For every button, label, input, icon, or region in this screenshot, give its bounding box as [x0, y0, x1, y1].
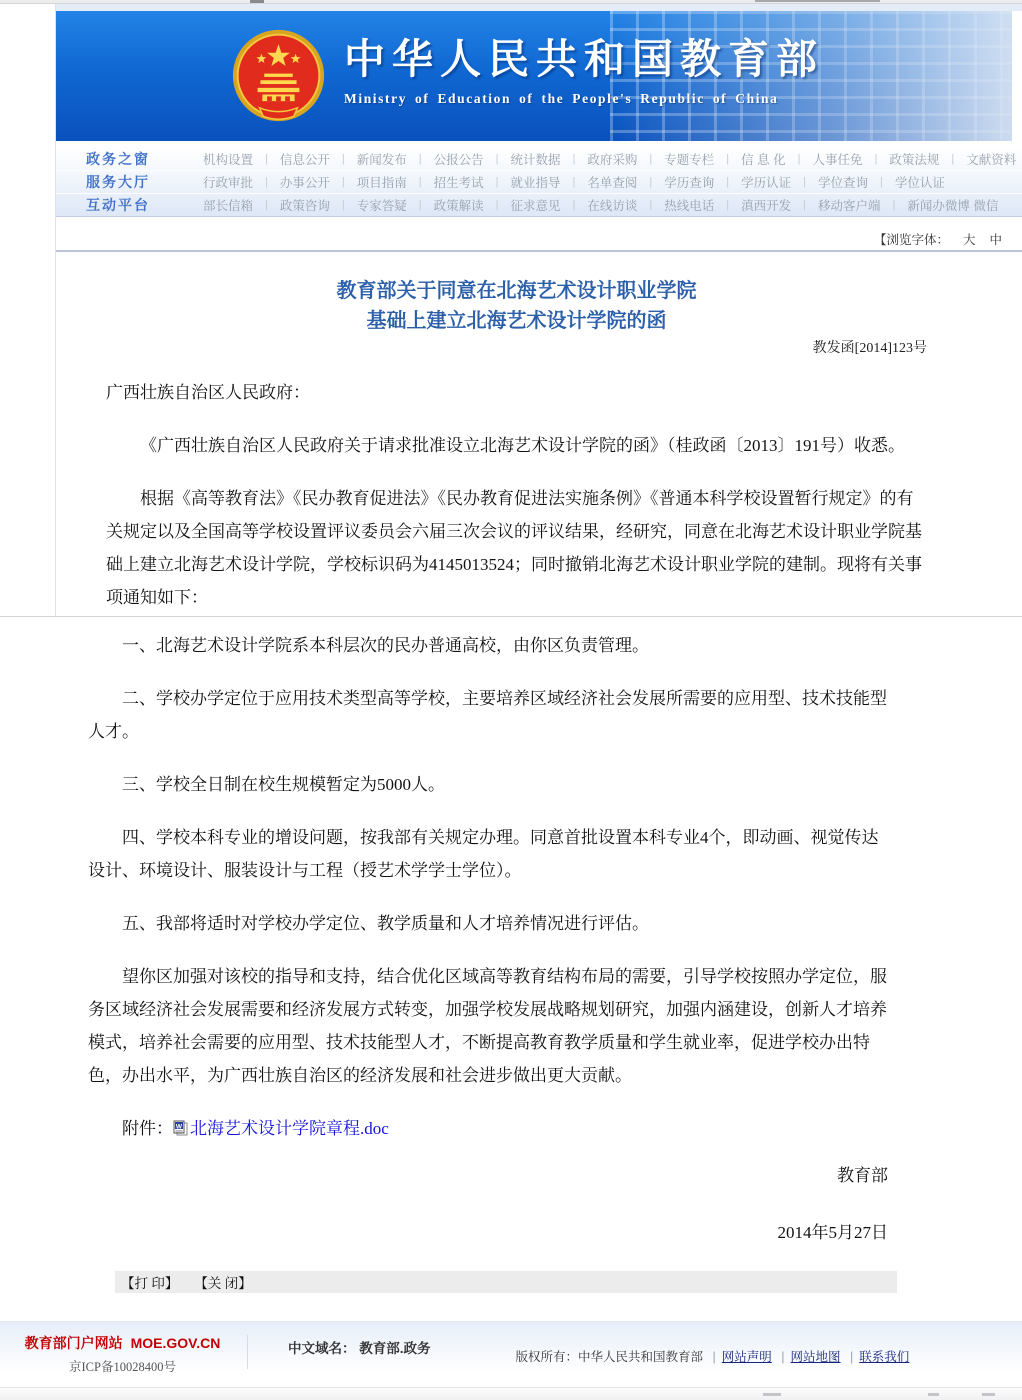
- separator: |: [803, 199, 806, 211]
- nav-row-interaction: 互动平台 部长信箱|政策咨询|专家答疑|政策解读|征求意见|在线访谈|热线电话|…: [56, 193, 1022, 216]
- separator: |: [342, 199, 345, 211]
- print-close-bar: 【打 印】 【关 闭】: [115, 1271, 897, 1293]
- document-signature: 教育部: [88, 1159, 888, 1192]
- separator: |: [726, 199, 729, 211]
- document-paragraphs-top: 《广西壮族自治区人民政府关于请求批准设立北海艺术设计学院的函》（桂政函〔2013…: [106, 429, 927, 614]
- footer-site-name: 教育部门户网站: [25, 1335, 123, 1351]
- separator: |: [573, 176, 576, 188]
- footer-icp-number: 京ICP备10028400号: [0, 1357, 245, 1375]
- font-size-bar: 【浏览字体： 大 中: [56, 228, 1022, 250]
- bottom-strip-mark: [982, 1393, 995, 1396]
- separator: |: [496, 176, 499, 188]
- nav-link[interactable]: 学历认证: [741, 173, 791, 191]
- footer-cn-domain: 中文域名： 教育部.政务: [288, 1337, 431, 1357]
- nav-link[interactable]: 移动客户端: [818, 196, 881, 214]
- separator: |: [874, 153, 877, 165]
- separator: |: [419, 176, 422, 188]
- nav-link[interactable]: 人事任免: [812, 150, 862, 168]
- site-banner: 中华人民共和国教育部 Ministry of Education of the …: [56, 11, 1012, 141]
- horizontal-scrollbar-thumb[interactable]: [755, 0, 880, 2]
- document-lower-section: 一、北海艺术设计学院系本科层次的民办普通高校，由你区负责管理。二、学校办学定位于…: [0, 617, 1022, 1249]
- nav-link[interactable]: 名单查阅: [587, 173, 637, 191]
- separator: |: [803, 176, 806, 188]
- document-title-line1: 教育部关于同意在北海艺术设计职业学院: [106, 276, 927, 306]
- nav-row-service: 服务大厅 行政审批|办事公开|项目指南|招生考试|就业指导|名单查阅|学历查询|…: [56, 170, 1022, 193]
- footer-link-sitemap[interactable]: 网站地图: [791, 1350, 841, 1364]
- separator: |: [726, 176, 729, 188]
- document-paragraphs-bottom: 一、北海艺术设计学院系本科层次的民办普通高校，由你区负责管理。二、学校办学定位于…: [88, 629, 888, 1092]
- separator: |: [573, 199, 576, 211]
- page: 中华人民共和国教育部 Ministry of Education of the …: [0, 0, 1022, 1400]
- nav-link[interactable]: 热线电话: [664, 196, 714, 214]
- china-national-emblem-icon: [231, 28, 326, 123]
- document-paragraph: 二、学校办学定位于应用技术类型高等学校，主要培养区域经济社会发展所需要的应用型、…: [88, 682, 888, 748]
- nav-category-fuwu[interactable]: 服务大厅: [86, 172, 191, 192]
- attachment-link[interactable]: 北海艺术设计学院章程.doc: [190, 1119, 389, 1138]
- word-doc-icon: W: [173, 1120, 189, 1137]
- nav-link[interactable]: 学位认证: [895, 173, 945, 191]
- document-salutation: 广西壮族自治区人民政府：: [106, 376, 927, 409]
- document-paragraph: 一、北海艺术设计学院系本科层次的民办普通高校，由你区负责管理。: [88, 629, 888, 662]
- nav-link[interactable]: 政策咨询: [280, 196, 330, 214]
- scrollbar-tick: [250, 0, 264, 3]
- nav-link[interactable]: 政策法规: [889, 150, 939, 168]
- document-paragraph: 五、我部将适时对学校办学定位、教学质量和人才培养情况进行评估。: [88, 907, 888, 940]
- print-button[interactable]: 【打 印】: [121, 1272, 178, 1292]
- nav-link[interactable]: 公报公告: [434, 150, 484, 168]
- footer-separator: |: [781, 1350, 784, 1364]
- nav-link[interactable]: 办事公开: [280, 173, 330, 191]
- nav-row-government: 政务之窗 机构设置|信息公开|新闻发布|公报公告|统计数据|政府采购|专题专栏|…: [56, 147, 1022, 170]
- close-button[interactable]: 【关 闭】: [194, 1272, 251, 1292]
- document-number: 教发函[2014]123号: [106, 338, 927, 360]
- nav-items-row2: 行政审批|办事公开|项目指南|招生考试|就业指导|名单查阅|学历查询|学历认证|…: [191, 173, 957, 191]
- nav-items-row1: 机构设置|信息公开|新闻发布|公报公告|统计数据|政府采购|专题专栏|信 息 化…: [191, 150, 1022, 168]
- separator: |: [649, 153, 652, 165]
- nav-link[interactable]: 行政审批: [203, 173, 253, 191]
- nav-link[interactable]: 信 息 化: [741, 150, 785, 168]
- attachment-line: 附件： W 北海艺术设计学院章程.doc: [88, 1112, 888, 1145]
- document-upper-section: 教育部关于同意在北海艺术设计职业学院 基础上建立北海艺术设计学院的函 教发函[2…: [56, 252, 1022, 616]
- footer-separator: |: [850, 1350, 853, 1364]
- separator: |: [893, 199, 896, 211]
- footer-copyright: 版权所有：中华人民共和国教育部: [516, 1350, 704, 1364]
- footer-site-block: 教育部门户网站MOE.GOV.CN 京ICP备10028400号: [0, 1333, 245, 1375]
- separator: |: [265, 199, 268, 211]
- nav-link[interactable]: 信息公开: [280, 150, 330, 168]
- nav-link[interactable]: 新闻办微博 微信: [907, 196, 998, 214]
- footer-site-domain[interactable]: MOE.GOV.CN: [131, 1335, 221, 1351]
- document-paragraph: 四、学校本科专业的增设问题，按我部有关规定办理。同意首批设置本科专业4个，即动画…: [88, 821, 888, 887]
- nav-link[interactable]: 专题专栏: [664, 150, 714, 168]
- nav-link[interactable]: 机构设置: [203, 150, 253, 168]
- nav-link[interactable]: 政策解读: [434, 196, 484, 214]
- document-date: 2014年5月27日: [88, 1216, 888, 1249]
- nav-link[interactable]: 招生考试: [434, 173, 484, 191]
- page-footer: 教育部门户网站MOE.GOV.CN 京ICP备10028400号 中文域名： 教…: [0, 1321, 1022, 1385]
- svg-text:W: W: [176, 1124, 183, 1131]
- document-paragraph: 望你区加强对该校的指导和支持，结合优化区域高等教育结构布局的需要，引导学校按照办…: [88, 960, 888, 1092]
- main-navigation: 政务之窗 机构设置|信息公开|新闻发布|公报公告|统计数据|政府采购|专题专栏|…: [56, 147, 1022, 217]
- nav-category-zhengwu[interactable]: 政务之窗: [86, 149, 191, 169]
- footer-link-statement[interactable]: 网站声明: [722, 1350, 772, 1364]
- font-size-medium-button[interactable]: 中: [989, 230, 1002, 248]
- spacer: [56, 217, 1022, 228]
- banner-top-edge: [56, 4, 1022, 11]
- document-paragraph: 三、学校全日制在校生规模暂定为5000人。: [88, 768, 888, 801]
- separator: |: [265, 153, 268, 165]
- document-title-line2: 基础上建立北海艺术设计学院的函: [106, 306, 927, 336]
- bottom-strip-mark: [763, 1393, 781, 1396]
- bottom-strip-mark: [928, 1393, 939, 1396]
- separator: |: [496, 153, 499, 165]
- footer-separator: |: [713, 1350, 716, 1364]
- page-top-section: 中华人民共和国教育部 Ministry of Education of the …: [55, 4, 1022, 616]
- footer-copyright-block: 版权所有：中华人民共和国教育部 |网站声明 |网站地图 |联系我们: [516, 1347, 910, 1365]
- footer-cn-domain-label: 中文域名：: [288, 1341, 356, 1356]
- nav-link[interactable]: 新闻发布: [357, 150, 407, 168]
- font-size-large-button[interactable]: 大: [963, 230, 976, 248]
- nav-link[interactable]: 项目指南: [357, 173, 407, 191]
- nav-link[interactable]: 在线访谈: [587, 196, 637, 214]
- footer-cn-domain-value: 教育部.政务: [359, 1341, 430, 1356]
- nav-items-row3: 部长信箱|政策咨询|专家答疑|政策解读|征求意见|在线访谈|热线电话|滇西开发|…: [191, 196, 1010, 214]
- site-title: 中华人民共和国教育部: [344, 35, 824, 83]
- separator: |: [573, 153, 576, 165]
- attachment-label: 附件：: [122, 1119, 173, 1138]
- document-paragraph: 《广西壮族自治区人民政府关于请求批准设立北海艺术设计学院的函》（桂政函〔2013…: [106, 429, 927, 462]
- document-paragraph: 根据《高等教育法》《民办教育促进法》《民办教育促进法实施条例》《普通本科学校设置…: [106, 482, 927, 614]
- separator: |: [726, 153, 729, 165]
- separator: |: [265, 176, 268, 188]
- browser-bottom-strip: [0, 1387, 1022, 1400]
- nav-link[interactable]: 政府采购: [587, 150, 637, 168]
- site-subtitle: Ministry of Education of the People's Re…: [344, 91, 824, 107]
- nav-link[interactable]: 统计数据: [511, 150, 561, 168]
- separator: |: [951, 153, 954, 165]
- separator: |: [798, 153, 801, 165]
- separator: |: [419, 153, 422, 165]
- nav-link[interactable]: 滇西开发: [741, 196, 791, 214]
- font-size-label: 【浏览字体：: [874, 230, 949, 248]
- separator: |: [649, 199, 652, 211]
- nav-category-hudong[interactable]: 互动平台: [86, 195, 191, 215]
- nav-link[interactable]: 学历查询: [664, 173, 714, 191]
- footer-divider: [247, 1335, 248, 1369]
- separator: |: [419, 199, 422, 211]
- nav-link[interactable]: 就业指导: [511, 173, 561, 191]
- separator: |: [496, 199, 499, 211]
- banner-text: 中华人民共和国教育部 Ministry of Education of the …: [344, 35, 824, 107]
- nav-link[interactable]: 征求意见: [511, 196, 561, 214]
- nav-link[interactable]: 专家答疑: [357, 196, 407, 214]
- separator: |: [342, 153, 345, 165]
- separator: |: [880, 176, 883, 188]
- separator: |: [649, 176, 652, 188]
- separator: |: [342, 176, 345, 188]
- footer-link-contact[interactable]: 联系我们: [859, 1350, 909, 1364]
- nav-link[interactable]: 学位查询: [818, 173, 868, 191]
- nav-link[interactable]: 文献资料: [966, 150, 1016, 168]
- browser-top-strip: [0, 0, 1022, 4]
- nav-link[interactable]: 部长信箱: [203, 196, 253, 214]
